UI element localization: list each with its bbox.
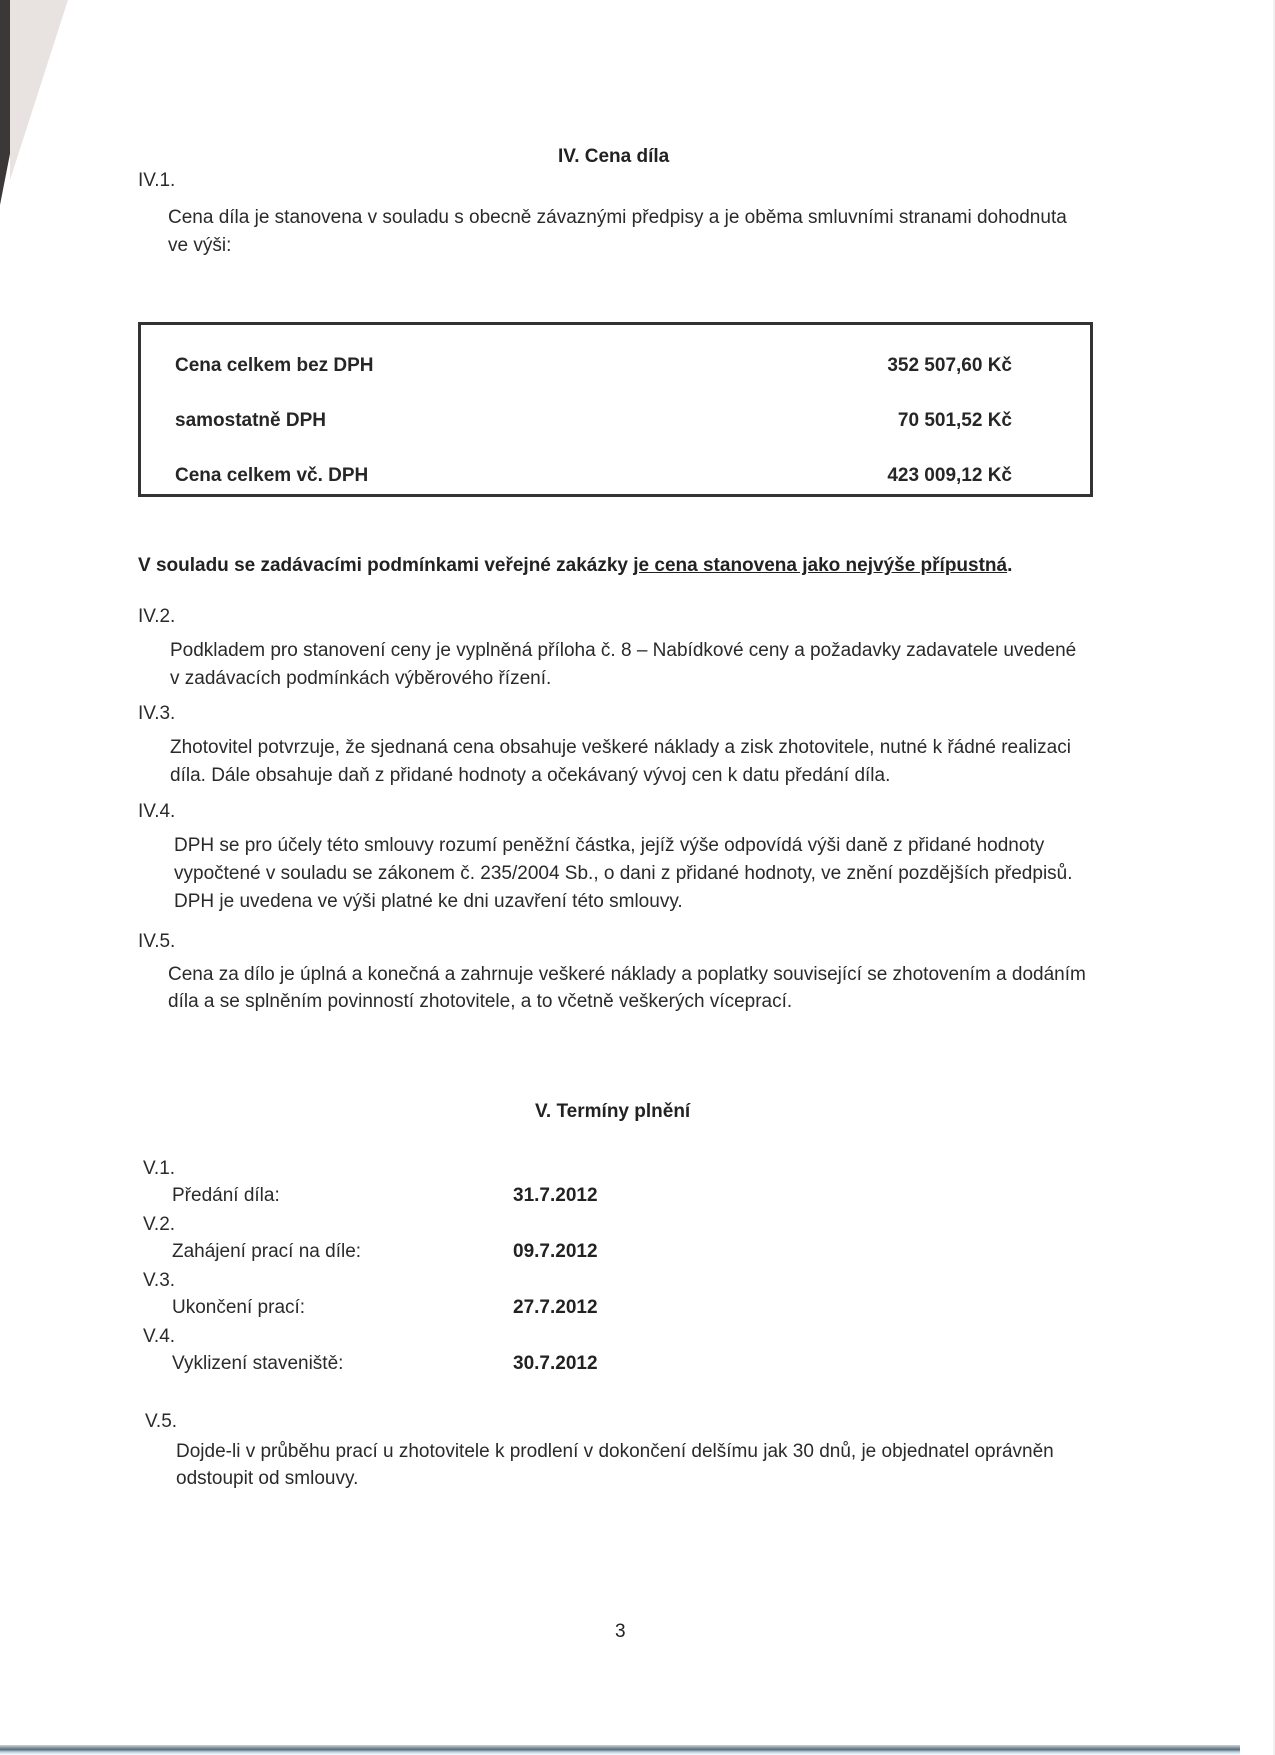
price-value: 423 009,12 Kč — [887, 465, 1012, 487]
price-row-without-vat: Cena celkem bez DPH 352 507,60 Kč — [175, 355, 1012, 381]
price-value: 352 507,60 Kč — [887, 355, 1012, 377]
price-row-vat: samostatně DPH 70 501,52 Kč — [175, 410, 1012, 436]
price-table: Cena celkem bez DPH 352 507,60 Kč samost… — [138, 322, 1093, 497]
price-note-underlined: je cena stanovena jako nejvýše přípustná — [633, 555, 1007, 576]
price-label: Cena celkem vč. DPH — [175, 465, 368, 487]
clause-v-5-text: Dojde-li v průběhu prací u zhotovitele k… — [176, 1438, 1111, 1492]
clause-iv-2-text: Podkladem pro stanovení ceny je vyplněná… — [170, 637, 1090, 693]
term-2-number: V.2. — [143, 1214, 175, 1236]
term-1-date: 31.7.2012 — [513, 1185, 598, 1207]
clause-iv-3-text: Zhotovitel potvrzuje, že sjednaná cena o… — [170, 734, 1100, 790]
clause-iv-1-text: Cena díla je stanovena v souladu s obecn… — [168, 204, 1078, 260]
section-v-title: V. Termíny plnění — [535, 1101, 690, 1123]
term-1-label: Předání díla: — [172, 1185, 280, 1207]
clause-v-5-number: V.5. — [145, 1411, 177, 1433]
clause-iv-3-number: IV.3. — [138, 703, 175, 725]
term-3-number: V.3. — [143, 1270, 175, 1292]
clause-iv-2-number: IV.2. — [138, 606, 175, 628]
term-2-date: 09.7.2012 — [513, 1241, 598, 1263]
clause-iv-1-number: IV.1. — [138, 170, 175, 192]
clause-iv-4-number: IV.4. — [138, 801, 175, 823]
price-note: V souladu se zadávacími podmínkami veřej… — [138, 555, 1012, 577]
price-value: 70 501,52 Kč — [898, 410, 1012, 432]
term-4-date: 30.7.2012 — [513, 1353, 598, 1375]
price-label: Cena celkem bez DPH — [175, 355, 374, 377]
clause-iv-5-text: Cena za dílo je úplná a konečná a zahrnu… — [168, 961, 1108, 1015]
page-number: 3 — [615, 1621, 626, 1643]
price-note-end: . — [1007, 555, 1012, 576]
document-page: IV. Cena díla IV.1. Cena díla je stanove… — [0, 0, 1275, 1755]
clause-iv-4-text: DPH se pro účely této smlouvy rozumí pen… — [174, 832, 1074, 916]
clause-iv-5-number: IV.5. — [138, 931, 175, 953]
price-row-with-vat: Cena celkem vč. DPH 423 009,12 Kč — [175, 465, 1012, 491]
price-label: samostatně DPH — [175, 410, 326, 432]
term-1-number: V.1. — [143, 1158, 175, 1180]
term-2-label: Zahájení prací na díle: — [172, 1241, 361, 1263]
term-3-date: 27.7.2012 — [513, 1297, 598, 1319]
term-3-label: Ukončení prací: — [172, 1297, 305, 1319]
price-note-text: V souladu se zadávacími podmínkami veřej… — [138, 555, 633, 576]
section-iv-title: IV. Cena díla — [558, 146, 669, 168]
term-4-number: V.4. — [143, 1326, 175, 1348]
term-4-label: Vyklizení staveniště: — [172, 1353, 343, 1375]
